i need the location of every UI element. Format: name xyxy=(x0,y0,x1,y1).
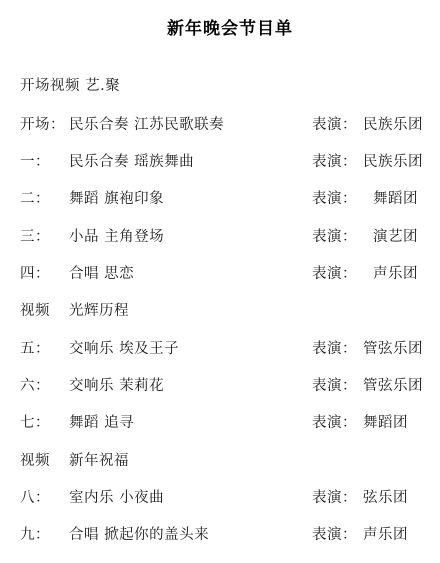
program-number: 一： xyxy=(20,151,50,173)
program-title: 小品 主角登场 xyxy=(69,226,164,248)
program-number: 四： xyxy=(20,263,50,285)
performer-label: 表演： xyxy=(312,263,357,285)
program-number: 七： xyxy=(20,412,50,434)
program-title: 室内乐 小夜曲 xyxy=(69,487,164,509)
page-title: 新年晚会节目单 xyxy=(0,14,440,39)
program-title: 舞蹈 旗袍印象 xyxy=(69,188,164,210)
performer-name: 声乐团 xyxy=(373,263,418,285)
performer-name: 舞蹈团 xyxy=(373,188,418,210)
program-number: 九： xyxy=(20,524,50,546)
video-title: 光辉历程 xyxy=(69,300,129,322)
performer-name: 管弦乐团 xyxy=(363,338,423,360)
performer-name: 民族乐团 xyxy=(363,151,423,173)
video-row: 视频 光辉历程 xyxy=(20,300,440,322)
program-row: 四： 合唱 思恋 表演： 声乐团 xyxy=(20,263,440,285)
program-title: 交响乐 埃及王子 xyxy=(69,338,179,360)
video-row: 视频 新年祝福 xyxy=(20,450,440,472)
performer-label: 表演： xyxy=(312,226,357,248)
program-row: 八： 室内乐 小夜曲 表演： 弦乐团 xyxy=(20,487,440,509)
performer-label: 表演： xyxy=(312,487,357,509)
performer-label: 表演： xyxy=(312,412,357,434)
performer-label: 表演： xyxy=(312,114,357,136)
program-row: 二： 舞蹈 旗袍印象 表演： 舞蹈团 xyxy=(20,188,440,210)
program-number: 八： xyxy=(20,487,50,509)
performer-label: 表演： xyxy=(312,524,357,546)
performer-name: 弦乐团 xyxy=(363,487,408,509)
performer-name: 声乐团 xyxy=(363,524,408,546)
performer-label: 表演： xyxy=(312,375,357,397)
program-number: 二： xyxy=(20,188,50,210)
program-title: 合唱 掀起你的盖头来 xyxy=(69,524,209,546)
program-title: 交响乐 茉莉花 xyxy=(69,375,164,397)
opening-video-line: 开场视频 艺.聚 xyxy=(20,75,440,97)
program-number: 三： xyxy=(20,226,50,248)
opening-video-text: 开场视频 艺.聚 xyxy=(20,75,120,97)
performer-label: 表演： xyxy=(312,151,357,173)
program-number: 五： xyxy=(20,338,50,360)
program-row: 六： 交响乐 茉莉花 表演： 管弦乐团 xyxy=(20,375,440,397)
performer-name: 舞蹈团 xyxy=(363,412,408,434)
program-title: 民乐合奏 瑶族舞曲 xyxy=(69,151,194,173)
program-number: 开场： xyxy=(20,114,65,136)
video-label: 视频 xyxy=(20,300,50,322)
program-title: 民乐合奏 江苏民歌联奏 xyxy=(69,114,224,136)
program-title: 合唱 思恋 xyxy=(69,263,134,285)
performer-name: 民族乐团 xyxy=(363,114,423,136)
program-title: 舞蹈 追寻 xyxy=(69,412,134,434)
program-number: 六： xyxy=(20,375,50,397)
program-row: 三： 小品 主角登场 表演： 演艺团 xyxy=(20,226,440,248)
program-row: 七： 舞蹈 追寻 表演： 舞蹈团 xyxy=(20,412,440,434)
program-row: 开场： 民乐合奏 江苏民歌联奏 表演： 民族乐团 xyxy=(20,114,440,136)
program-row: 九： 合唱 掀起你的盖头来 表演： 声乐团 xyxy=(20,524,440,546)
video-label: 视频 xyxy=(20,450,50,472)
performer-label: 表演： xyxy=(312,338,357,360)
video-title: 新年祝福 xyxy=(69,450,129,472)
performer-name: 演艺团 xyxy=(373,226,418,248)
program-row: 五： 交响乐 埃及王子 表演： 管弦乐团 xyxy=(20,338,440,360)
performer-name: 管弦乐团 xyxy=(363,375,423,397)
performer-label: 表演： xyxy=(312,188,357,210)
program-row: 一： 民乐合奏 瑶族舞曲 表演： 民族乐团 xyxy=(20,151,440,173)
